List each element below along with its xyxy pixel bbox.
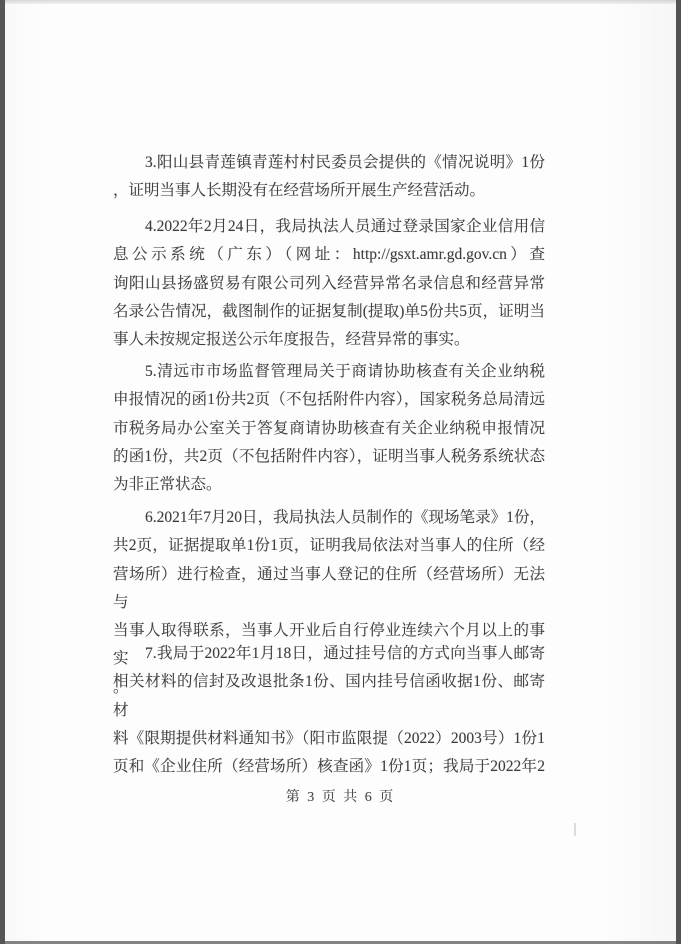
paragraph-4: 4.2022年2月24日，我局执法人员通过登录国家企业信用信息公示系统（广东）（… xyxy=(113,213,545,354)
text-line: ，证明当事人长期没有在经营场所开展生产经营活动。 xyxy=(113,177,545,205)
paragraph-7: 7.我局于2022年1月18日，通过挂号信的方式向当事人邮寄相关材料的信封及改退… xyxy=(113,640,545,781)
text-line: 3.阳山县青莲镇青莲村村民委员会提供的《情况说明》1份 xyxy=(113,149,545,177)
scan-artifact xyxy=(574,823,576,836)
text-line: 申报情况的函1份共2页（不包括附件内容），国家税务总局清远 xyxy=(113,386,545,414)
text-line: 页和《企业住所（经营场所）核查函》1份1页；我局于2022年2 xyxy=(113,753,545,781)
text-line: 料《限期提供材料通知书》（阳市监限提（2022）2003号）1份1 xyxy=(113,725,545,753)
text-line: 相关材料的信封及改退批条1份、国内挂号信函收据1份、邮寄材 xyxy=(113,668,545,725)
text-line: 共2页，证据提取单1份1页，证明我局依法对当事人的住所（经 xyxy=(113,532,545,560)
text-line: 市税务局办公室关于答复商请协助核查有关企业纳税申报情况 xyxy=(113,415,545,443)
text-line: 7.我局于2022年1月18日，通过挂号信的方式向当事人邮寄 xyxy=(113,640,545,668)
text-line: 6.2021年7月20日，我局执法人员制作的《现场笔录》1份， xyxy=(113,504,545,532)
text-line: 4.2022年2月24日，我局执法人员通过登录国家企业信用信 xyxy=(113,213,545,241)
text-line: 询阳山县扬盛贸易有限公司列入经营异常名录信息和经营异常 xyxy=(113,270,545,298)
text-line: 事人未按规定报送公示年度报告，经营异常的事实。 xyxy=(113,326,545,354)
paragraph-3: 3.阳山县青莲镇青莲村村民委员会提供的《情况说明》1份，证明当事人长期没有在经营… xyxy=(113,149,545,206)
text-line: 名录公告情况，截图制作的证据复制(提取)单5份共5页，证明当 xyxy=(113,298,545,326)
scanned-document-page: 3.阳山县青莲镇青莲村村民委员会提供的《情况说明》1份，证明当事人长期没有在经营… xyxy=(0,0,681,944)
text-line: 的函1份，共2页（不包括附件内容），证明当事人税务系统状态 xyxy=(113,443,545,471)
text-line: 息公示系统（广东）（网址：http://gsxt.amr.gd.gov.cn）查 xyxy=(113,241,545,269)
text-line: 为非正常状态。 xyxy=(113,471,545,499)
paragraph-5: 5.清远市市场监督管理局关于商请协助核查有关企业纳税申报情况的函1份共2页（不包… xyxy=(113,358,545,499)
text-line: 5.清远市市场监督管理局关于商请协助核查有关企业纳税 xyxy=(113,358,545,386)
text-line: 营场所）进行检查，通过当事人登记的住所（经营场所）无法与 xyxy=(113,561,545,618)
page-number: 第 3 页 共 6 页 xyxy=(286,790,396,805)
page-footer: 第 3 页 共 6 页 xyxy=(0,786,681,806)
